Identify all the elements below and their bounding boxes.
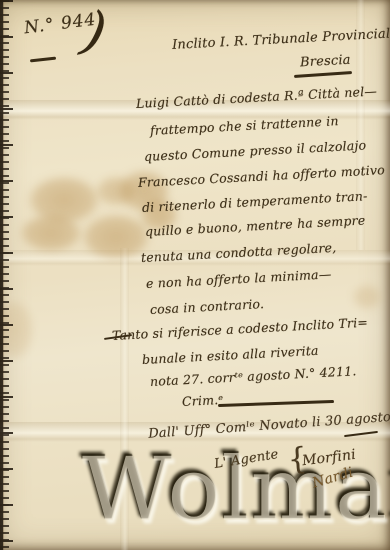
ink-dash [218,400,334,407]
body-line: questo Comune presso il calzolajo [144,137,367,164]
body-line: quillo e buono, mentre ha sempre [145,212,366,239]
paper-stain [20,214,82,252]
paper-stain [352,284,382,310]
dateline: Dall' Uff° Comˡᵉ Novato li 30 agosto 185… [148,407,390,442]
closing-line: nota 27. corrᵗᵉ agosto N.° 4211. [150,363,357,389]
ink-underline [344,431,378,437]
recipient-line: Inclito I. R. Tribunale Provinciale [172,26,390,53]
signature-role: L' Agente [213,447,279,472]
ruler-strip [0,0,14,550]
body-line: Luigi Cattò di codesta R.ª Città nel— [136,83,378,111]
body-line: frattempo che si trattenne in [150,113,339,138]
recipient-city: Brescia [300,53,351,71]
body-line: tenuta una condotta regolare, [141,240,337,265]
vertical-fold-crease [120,248,129,550]
body-line: cosa in contrario. [150,296,265,317]
ink-underline [294,71,352,78]
body-line: Francesco Cossandi ha offerto motivo [138,162,386,190]
body-line: di ritenerlo di temperamento tran- [142,188,368,215]
closing-line: bunale in esito alla riverita [142,343,319,367]
paper-stain [28,176,100,224]
paper-stain [96,176,136,206]
letter-photo: Wolmar N.° 944 ) Inclito I. R. Tribunale… [0,0,390,550]
signature-name: Nardi [311,465,356,492]
body-line: e non ha offerto la minima— [146,266,332,291]
closing-line: Tanto si riferisce a codesto Inclito Tri… [112,315,369,343]
flourish-parenthesis: ) [77,0,113,65]
ink-dash [30,57,56,62]
